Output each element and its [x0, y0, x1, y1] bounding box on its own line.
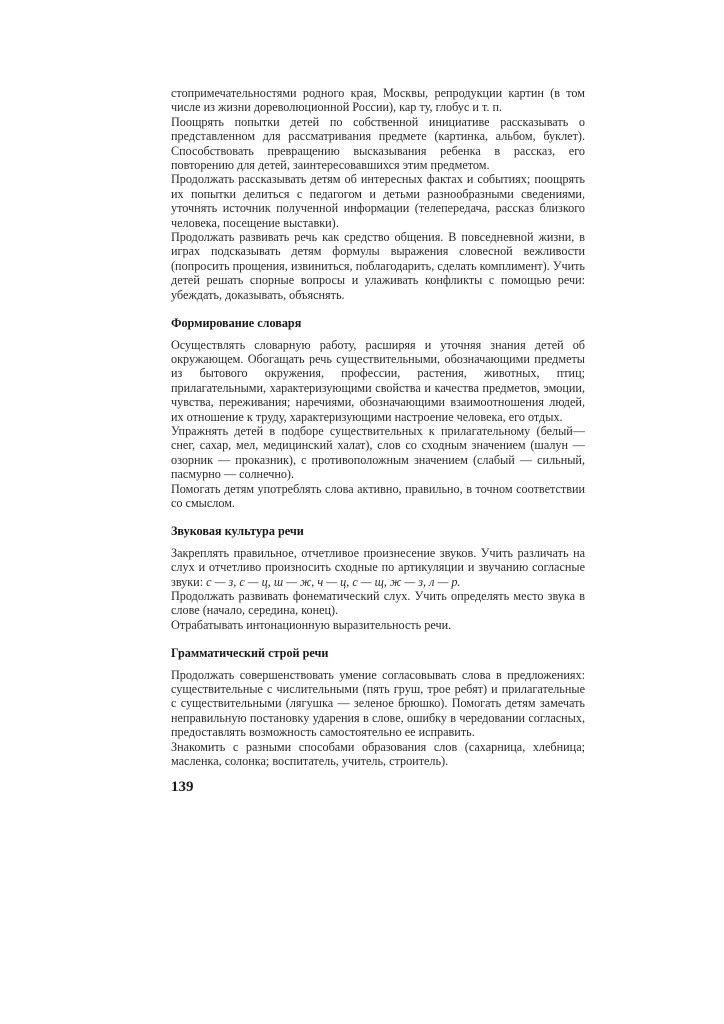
- document-page: стопримечательностями родного края, Моск…: [171, 86, 585, 796]
- paragraph: стопримечательностями родного края, Моск…: [171, 86, 585, 115]
- section-heading-grammar: Грамматический строй речи: [171, 646, 585, 660]
- paragraph: Продолжать рассказывать детям об интерес…: [171, 172, 585, 230]
- section-heading-sound-culture: Звуковая культура речи: [171, 524, 585, 538]
- paragraph: Поощрять попытки детей по собственной ин…: [171, 115, 585, 173]
- section-heading-vocabulary: Формирование словаря: [171, 316, 585, 330]
- paragraph: Помогать детям употреблять слова активно…: [171, 482, 585, 511]
- paragraph: Продолжать развивать речь как средство о…: [171, 230, 585, 302]
- paragraph: Закреплять правильное, отчетливое произн…: [171, 546, 585, 589]
- paragraph: Отрабатывать интонационную выразительнос…: [171, 618, 585, 632]
- paragraph: Знакомить с разными способами образовани…: [171, 740, 585, 769]
- paragraph: Упражнять детей в подборе существительны…: [171, 424, 585, 482]
- paragraph: Осуществлять словарную работу, расширяя …: [171, 338, 585, 424]
- page-number: 139: [171, 778, 585, 796]
- paragraph: Продолжать развивать фонематический слух…: [171, 589, 585, 618]
- paragraph: Продолжать совершенствовать умение согла…: [171, 668, 585, 740]
- sound-pairs: с — з, с — ц, ш — ж, ч — ц, с — щ, ж — з…: [206, 575, 460, 589]
